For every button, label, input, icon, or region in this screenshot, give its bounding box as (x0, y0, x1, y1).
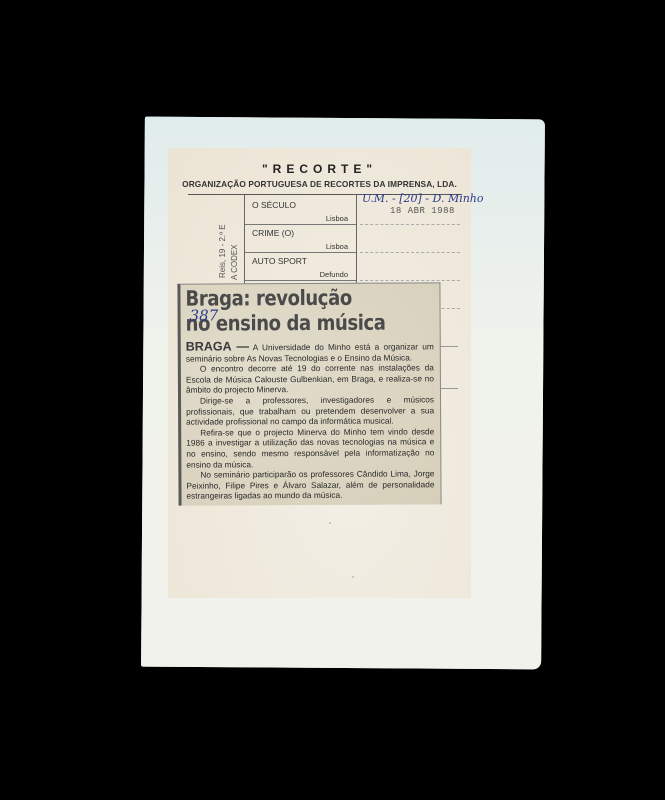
publication-city: Lisboa (318, 242, 348, 251)
scan-speck (352, 576, 354, 578)
article-paragraph: O encontro decorre até 19 do corrente na… (186, 363, 434, 396)
form-subtitle: ORGANIZAÇÃO PORTUGUESA DE RECORTES DA IM… (168, 179, 471, 189)
publication-city: Defundo (308, 270, 348, 279)
article-body: BRAGA — A Universidade do Minho está a o… (186, 340, 435, 501)
article-paragraph: BRAGA — A Universidade do Minho está a o… (186, 340, 434, 363)
publication-city: Lisboa (318, 214, 348, 223)
dateline: BRAGA — (186, 339, 249, 353)
form-title: "RECORTE" (168, 162, 471, 176)
publication-name: O SÉCULO (252, 200, 296, 210)
entry-tick (438, 388, 458, 389)
row-rule (245, 252, 356, 253)
publication-name: AUTO SPORT (252, 256, 307, 266)
handwritten-number: 387 (190, 306, 219, 324)
vertical-address-2: A CODEX (230, 244, 239, 280)
vertical-address-1: Reis, 19 - 2.º E (218, 224, 227, 278)
entry-tick (438, 346, 458, 347)
row-rule (245, 280, 356, 281)
handwritten-source: U.M. - [20] - D. Minho (362, 192, 484, 205)
newspaper-clipping: Braga: revolução no ensino da música 387… (177, 282, 441, 505)
article-paragraph: No seminário participarão os professores… (186, 468, 434, 501)
entry-rule (360, 280, 460, 281)
entry-rule (360, 252, 460, 253)
article-paragraph: Dirige-se a professores, investigadores … (186, 394, 434, 427)
row-rule (245, 224, 356, 225)
article-paragraph: Refira-se que o projecto Minerva do Minh… (186, 426, 434, 470)
scan-speck (329, 522, 331, 524)
entry-rule (360, 224, 460, 225)
publication-name: CRIME (O) (252, 228, 294, 238)
date-stamp: 18 ABR 1988 (390, 206, 455, 216)
